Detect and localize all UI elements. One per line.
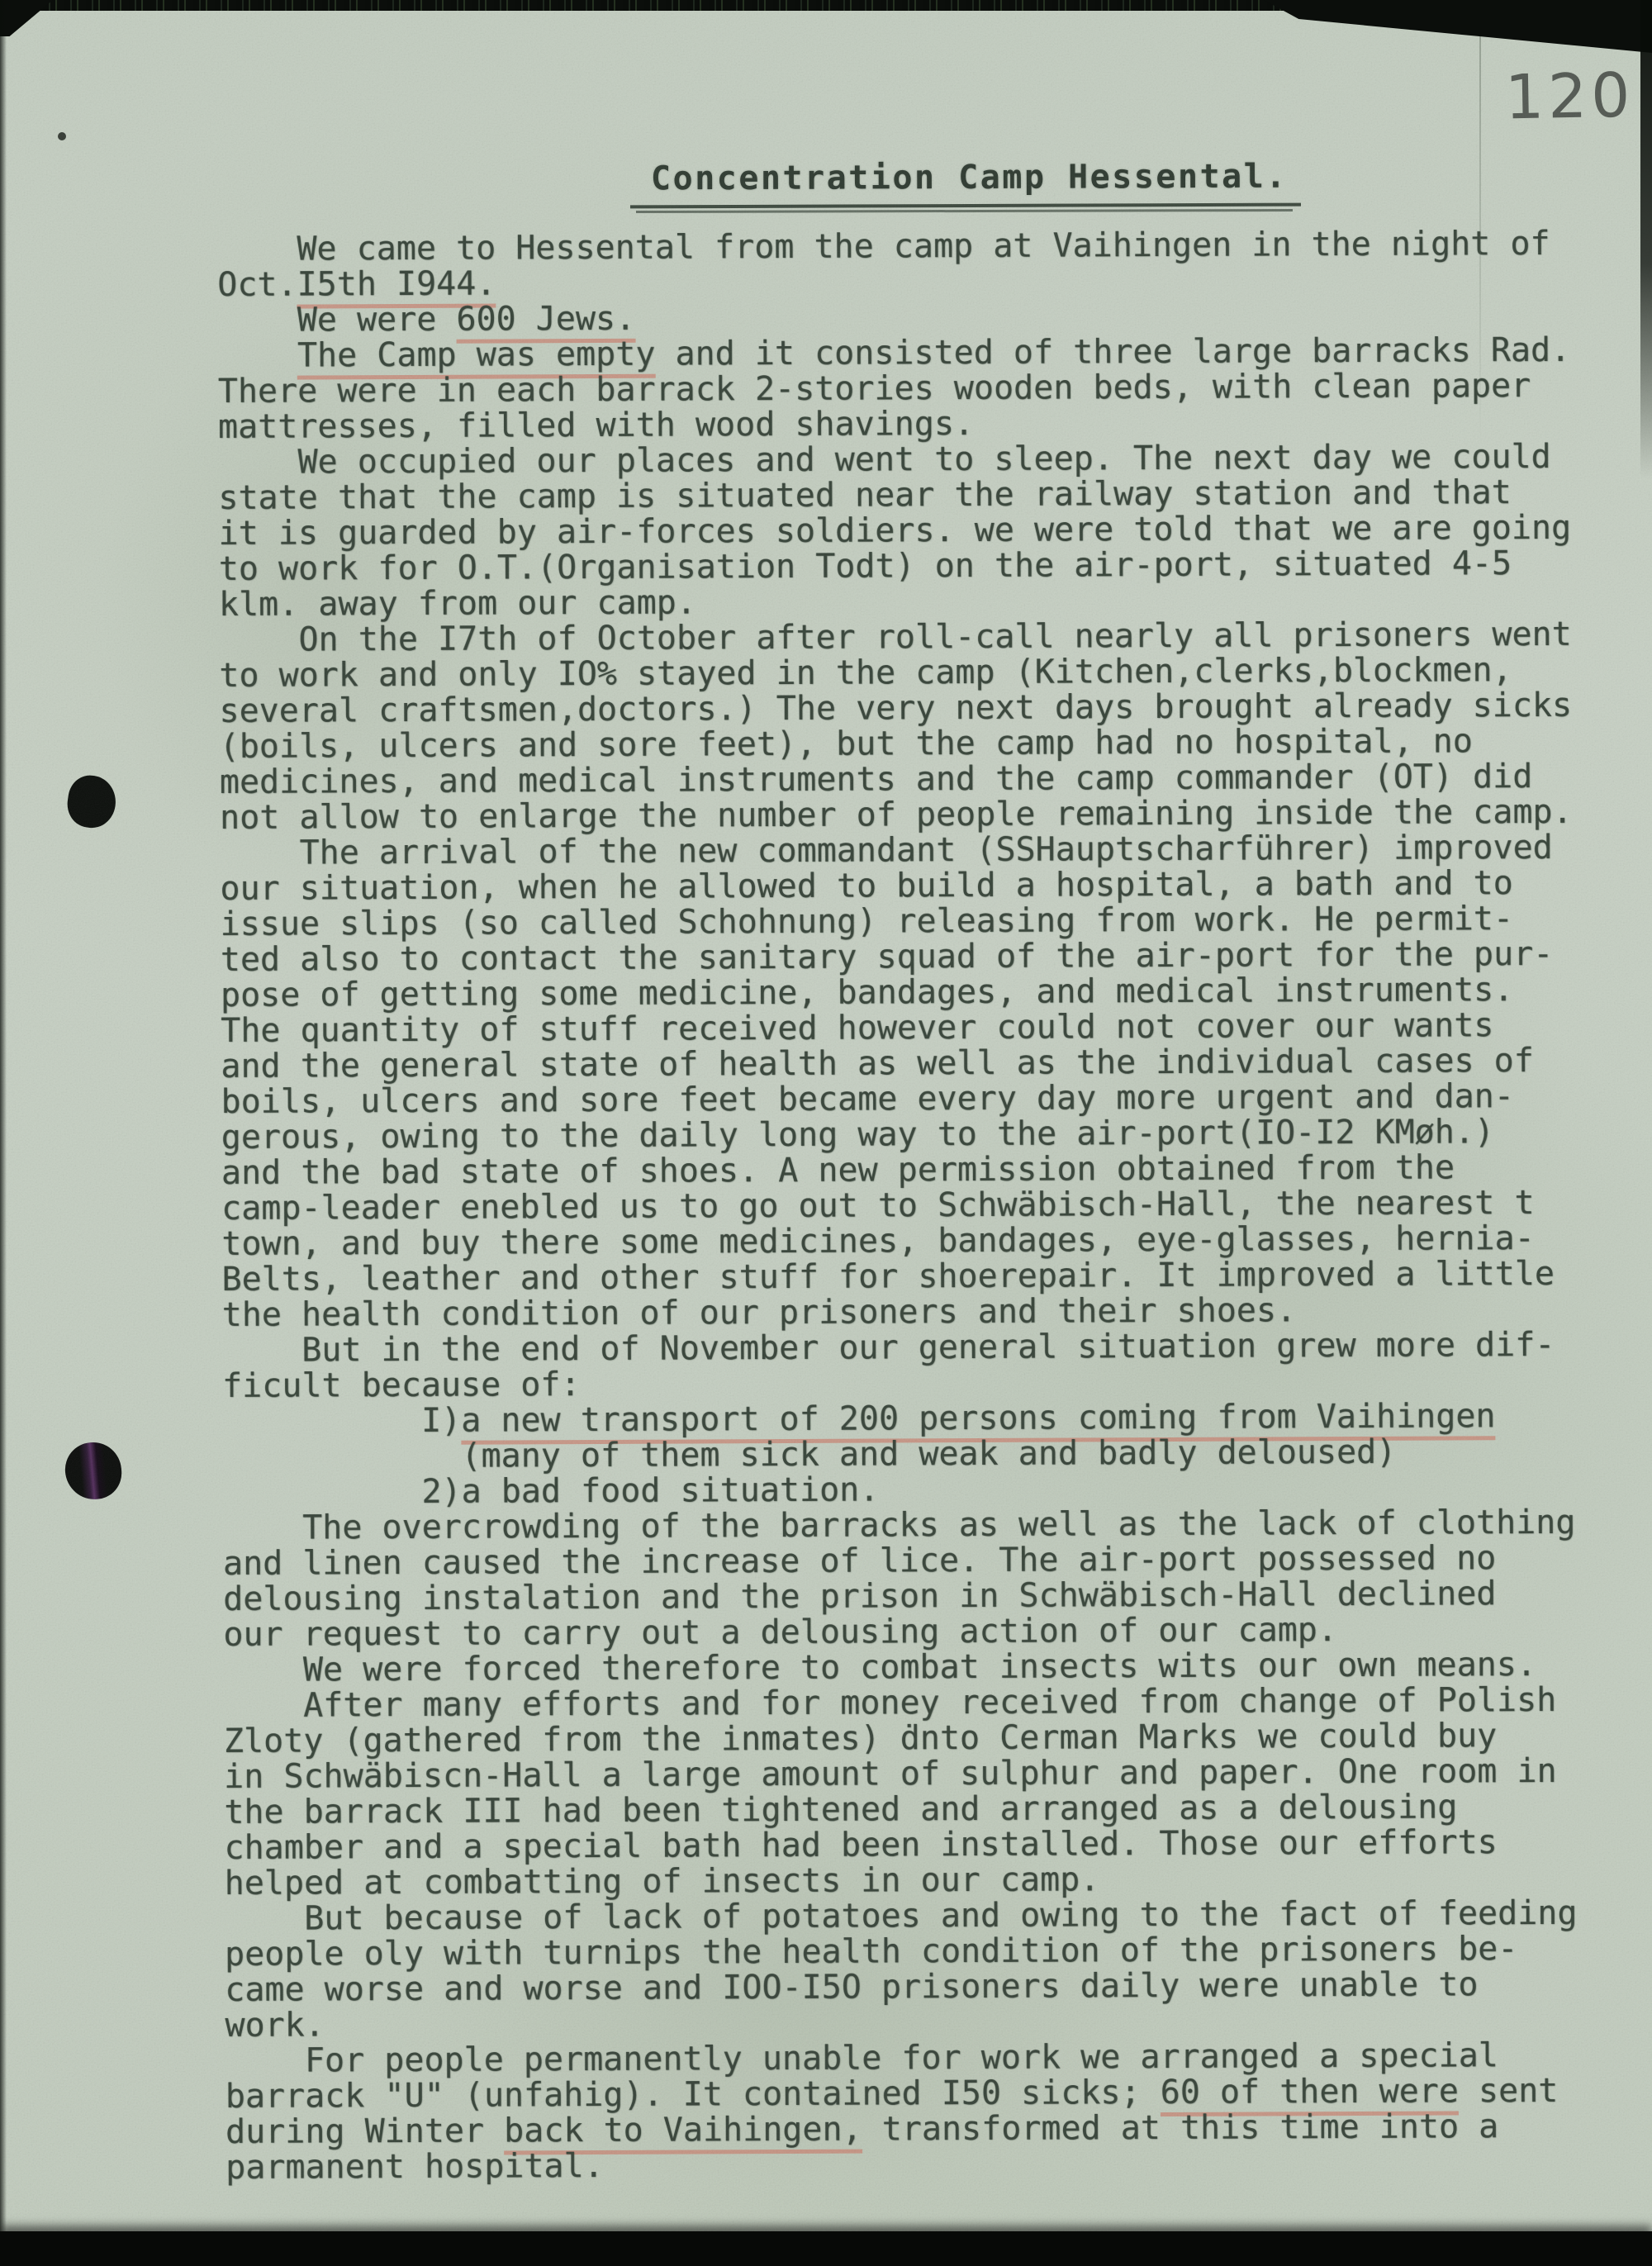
text-segment: mattresses, filled with wood shavings. xyxy=(218,405,974,446)
text-segment: parmanent hospital. xyxy=(225,2147,604,2187)
document-body: We came to Hessental from the camp at Va… xyxy=(217,226,1578,2186)
scan-edge-left xyxy=(0,0,7,2266)
text-segment: ficult because of: xyxy=(222,1366,581,1405)
text-line: We came to Hessental from the camp at Va… xyxy=(217,226,1570,268)
document-title-wrap: Concentration Camp Hessental. xyxy=(651,158,1288,198)
text-line: (many of them sick and weak and badly de… xyxy=(222,1434,1575,1475)
text-segment: (many of them sick and weak and badly de… xyxy=(222,1433,1396,1476)
text-line: There were in each barrack 2-stories woo… xyxy=(218,368,1571,410)
text-segment: work. xyxy=(225,2006,325,2045)
title-underline xyxy=(636,209,1293,213)
text-segment xyxy=(218,337,298,375)
scan-edge-bottom xyxy=(0,2231,1652,2266)
scanned-document-page: 120 Concentration Camp Hessental. We cam… xyxy=(0,0,1652,2266)
text-segment: I) xyxy=(222,1402,461,1441)
text-segment: came worse and worse and IOO-I5O prisone… xyxy=(225,1965,1478,2009)
text-segment: Belts, leather and other stuff for shoer… xyxy=(221,1255,1555,1299)
text-line: But in the end of November our general s… xyxy=(222,1328,1575,1369)
text-segment: klm. away from our camp. xyxy=(219,583,696,624)
text-segment: But in the end of November our general s… xyxy=(222,1326,1555,1370)
ink-speck xyxy=(58,132,66,140)
scan-edge-corner xyxy=(0,0,53,36)
text-segment: during Winter xyxy=(225,2112,504,2151)
text-segment: There were in each barrack 2-stories woo… xyxy=(218,367,1531,411)
document-title: Concentration Camp Hessental. xyxy=(651,158,1288,198)
scan-edge-right xyxy=(1640,0,1652,479)
text-segment: Oct. xyxy=(217,266,297,304)
text-line: chamber and a special bath had been inst… xyxy=(224,1825,1577,1866)
text-segment: transformed at this time into a xyxy=(862,2107,1499,2148)
text-line: came worse and worse and IOO-I5O prisone… xyxy=(225,1967,1578,2008)
paper-crease xyxy=(1479,0,1481,446)
text-line: delousing instalation and the prison in … xyxy=(223,1576,1576,1618)
text-line: Belts, leather and other stuff for shoer… xyxy=(221,1257,1574,1298)
text-line: parmanent hospital. xyxy=(225,2145,1578,2186)
text-line: to work for O.T.(Organisation Todt) on t… xyxy=(219,546,1572,587)
text-segment: chamber and a special bath had been inst… xyxy=(224,1823,1497,1867)
hole-punch xyxy=(64,772,119,830)
text-segment: 2)a bad food situation. xyxy=(223,1471,880,1512)
text-segment: We were xyxy=(217,301,456,340)
text-line: during Winter back to Vaihingen, transfo… xyxy=(225,2109,1578,2150)
title-underline xyxy=(630,203,1301,209)
page-number: 120 xyxy=(1504,60,1635,134)
text-segment: We came to Hessental from the camp at Va… xyxy=(217,225,1550,268)
text-segment: sent xyxy=(1459,2072,1559,2111)
text-segment: to work for O.T.(Organisation Todt) on t… xyxy=(219,544,1512,588)
scan-edge-corner xyxy=(1264,0,1652,53)
text-line: Oct.I5th I944. xyxy=(217,262,1570,303)
hole-punch xyxy=(63,1440,124,1502)
